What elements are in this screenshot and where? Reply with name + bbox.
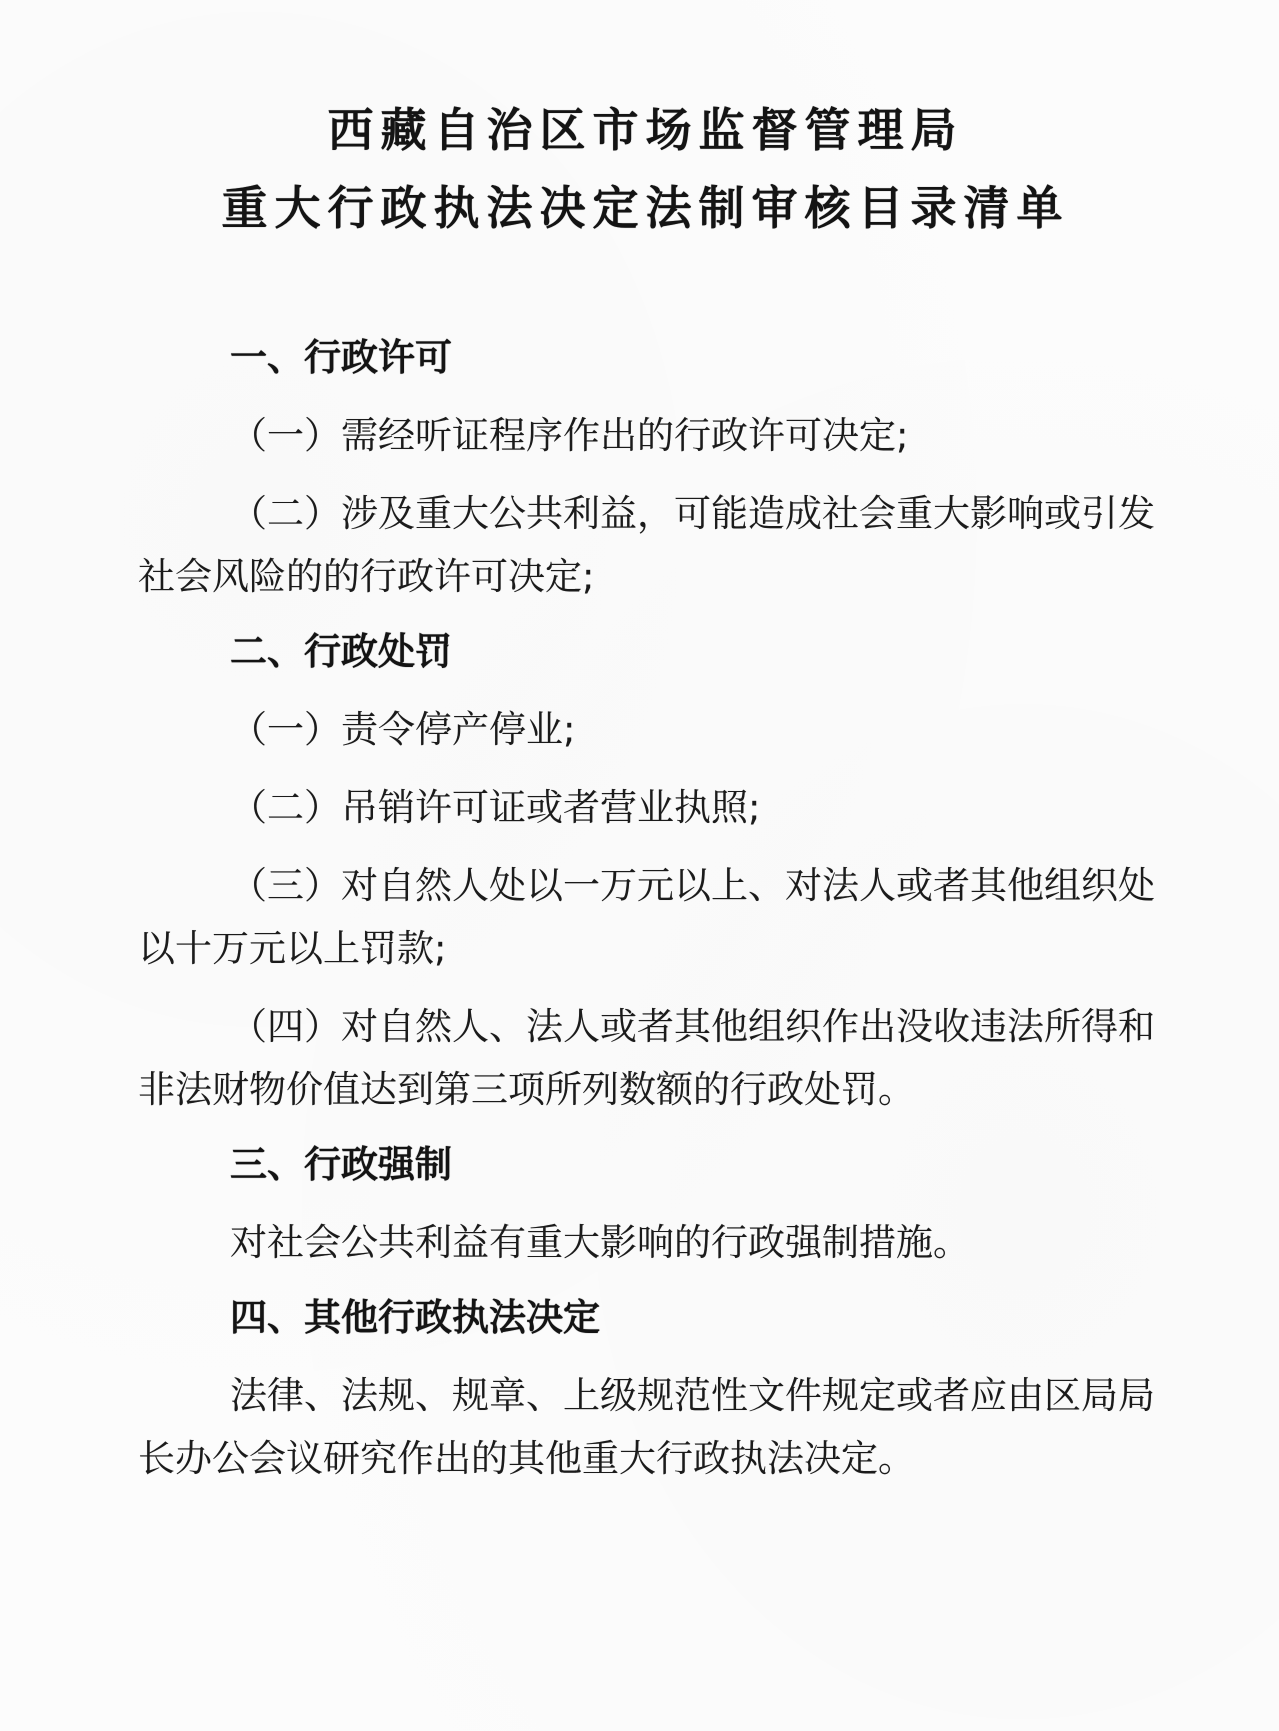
- section-2-item-1: （一）责令停产停业;: [138, 708, 1153, 752]
- section-2-item-3-line-2: 以十万元以上罚款;: [138, 927, 1153, 971]
- section-2-item-2: （二）吊销许可证或者营业执照;: [138, 786, 1153, 830]
- section-4-body-line-2: 长办公会议研究作出的其他重大行政执法决定。: [138, 1437, 1153, 1481]
- section-2-heading: 二、行政处罚: [138, 630, 1153, 674]
- document-title-line-2: 重大行政执法决定法制审核目录清单: [138, 178, 1153, 238]
- section-2-item-3-line-1: （三）对自然人处以一万元以上、对法人或者其他组织处: [138, 864, 1153, 908]
- section-3-body: 对社会公共利益有重大影响的行政强制措施。: [138, 1221, 1153, 1265]
- scanned-document-page: 西藏自治区市场监督管理局 重大行政执法决定法制审核目录清单 一、行政许可 （一）…: [0, 0, 1279, 1731]
- section-1-item-1: （一）需经听证程序作出的行政许可决定;: [138, 414, 1153, 458]
- section-1-heading: 一、行政许可: [138, 336, 1153, 380]
- document-title-line-1: 西藏自治区市场监督管理局: [138, 100, 1153, 160]
- section-2-item-4-line-1: （四）对自然人、法人或者其他组织作出没收违法所得和: [138, 1005, 1153, 1049]
- section-2-item-4-line-2: 非法财物价值达到第三项所列数额的行政处罚。: [138, 1068, 1153, 1112]
- section-1-item-2-line-2: 社会风险的的行政许可决定;: [138, 555, 1153, 599]
- section-3-heading: 三、行政强制: [138, 1143, 1153, 1187]
- section-4-heading: 四、其他行政执法决定: [138, 1296, 1153, 1340]
- section-4-body-line-1: 法律、法规、规章、上级规范性文件规定或者应由区局局: [138, 1374, 1153, 1418]
- section-1-item-2-line-1: （二）涉及重大公共利益，可能造成社会重大影响或引发: [138, 492, 1153, 536]
